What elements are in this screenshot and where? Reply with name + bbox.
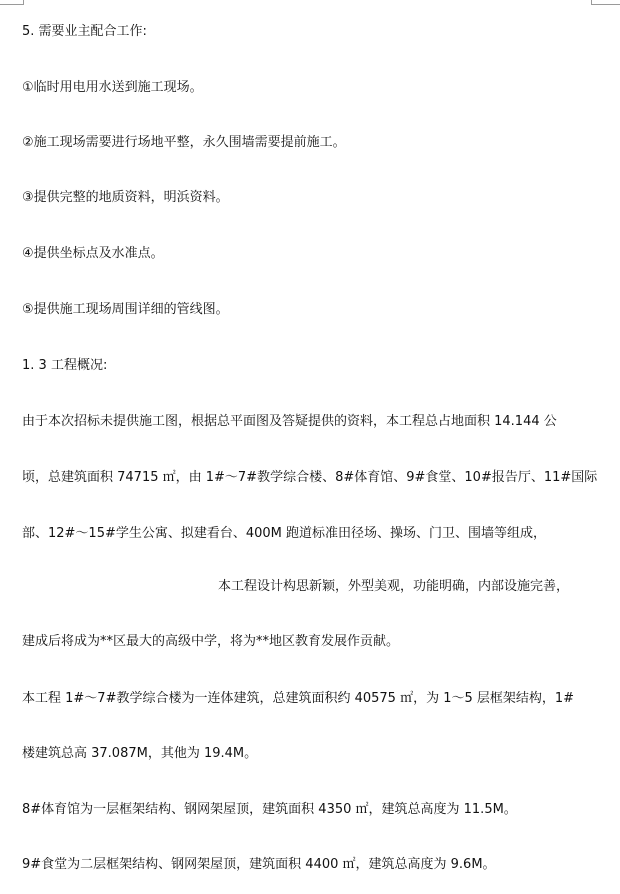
section-1-3-heading: 1. 3 工程概况:: [22, 358, 107, 374]
document-page: 5. 需要业主配合工作: ①临时用电用水送到施工现场。 ②施工现场需要进行场地平…: [0, 0, 620, 894]
section-5-heading: 5. 需要业主配合工作:: [22, 24, 147, 40]
design-line-2: 建成后将成为**区最大的高级中学，将为**地区教育发展作贡献。: [22, 634, 399, 650]
overview-line-1: 由于本次招标未提供施工图，根据总平面图及答疑提供的资料，本工程总占地面积 14.…: [22, 414, 557, 430]
requirement-item-4: ④提供坐标点及水准点。: [22, 246, 164, 262]
design-line-1: 本工程设计构思新颖，外型美观，功能明确，内部设施完善，: [218, 579, 569, 595]
overview-line-3: 部、12#～15#学生公寓、拟建看台、400M 跑道标准田径场、操场、门卫、围墙…: [22, 526, 546, 542]
overview-line-2: 顷，总建筑面积 74715 ㎡，由 1#～7#教学综合楼、8#体育馆、9#食堂、…: [22, 470, 597, 486]
requirement-item-3: ③提供完整的地质资料，明浜资料。: [22, 190, 229, 206]
requirement-item-1: ①临时用电用水送到施工现场。: [22, 80, 203, 96]
requirement-item-2: ②施工现场需要进行场地平整，永久围墙需要提前施工。: [22, 135, 346, 151]
building-9-description: 9#食堂为二层框架结构、钢网架屋顶，建筑面积 4400 ㎡，建筑总高度为 9.6…: [22, 857, 496, 873]
building-8-description: 8#体育馆为一层框架结构、钢网架屋顶，建筑面积 4350 ㎡，建筑总高度为 11…: [22, 802, 517, 818]
building-1-7-line-2: 楼建筑总高 37.087M，其他为 19.4M。: [22, 746, 257, 762]
building-1-7-line-1: 本工程 1#～7#教学综合楼为一连体建筑，总建筑面积约 40575 ㎡，为 1～…: [22, 691, 574, 707]
requirement-item-5: ⑤提供施工现场周围详细的管线图。: [22, 302, 229, 318]
